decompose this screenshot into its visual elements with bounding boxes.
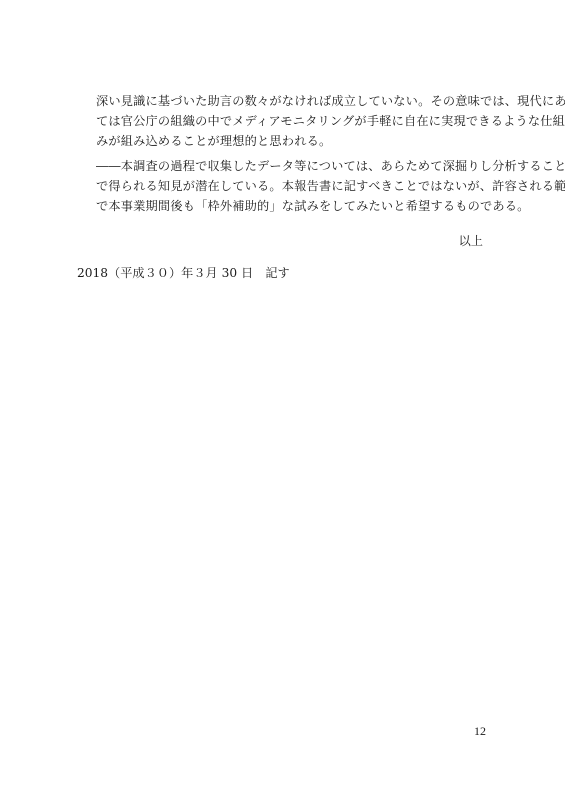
paragraph-2: ――本調査の過程で収集したデータ等については、あらためて深掘りし分析すること で… — [96, 156, 488, 216]
closing-remark: 以上 — [459, 231, 483, 251]
date-line: 2018（平成３０）年３月 30 日 記す — [77, 263, 290, 283]
paragraph-1: 深い見識に基づいた助言の数々がなければ成立していない。その意味では、現代にあっ … — [96, 91, 488, 151]
page-number: 12 — [474, 722, 486, 740]
paragraph-line: ――本調査の過程で収集したデータ等については、あらためて深掘りし分析すること — [96, 156, 488, 176]
paragraph-line: で得られる知見が潜在している。本報告書に記すべきことではないが、許容される範囲 — [96, 176, 488, 196]
paragraph-line: 深い見識に基づいた助言の数々がなければ成立していない。その意味では、現代にあっ — [96, 91, 488, 111]
document-page: 深い見識に基づいた助言の数々がなければ成立していない。その意味では、現代にあっ … — [0, 0, 565, 800]
paragraph-line: ては官公庁の組織の中でメディアモニタリングが手軽に自在に実現できるような仕組 — [96, 111, 488, 131]
paragraph-line: みが組み込めることが理想的と思われる。 — [96, 131, 488, 151]
paragraph-line: で本事業期間後も「枠外補助的」な試みをしてみたいと希望するものである。 — [96, 196, 488, 216]
